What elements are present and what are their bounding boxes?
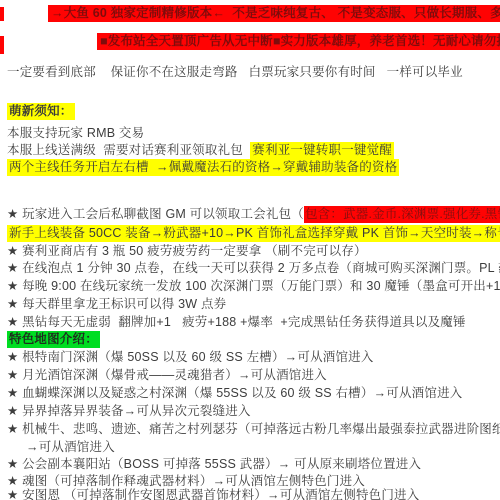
text-segment: 新手上线装备 50CC 装备→粉武器+10→PK 首饰礼盒选择穿戴 PK 首饰→… xyxy=(7,225,500,242)
text-segment: ★ 根特南门深渊（爆 50SS 以及 60 级 SS 左槽）→可从酒馆进入 xyxy=(7,350,374,364)
text-line-max-level-gift: 本服上线送满级 需要对话赛利亚领取礼包 赛利亚一键转职一键觉醒 xyxy=(7,142,394,158)
left-edge-red-fragment xyxy=(0,7,4,21)
text-line-nightly-tickets: ★ 每晚 9:00 在线玩家统一发放 100 次深渊门票（万能门票）和 30 魔… xyxy=(7,278,500,294)
text-segment: ★ 每天群里拿龙王标识可以得 3W 点券 xyxy=(7,297,226,311)
text-segment: 特色地图介绍： xyxy=(7,331,100,348)
text-line-black-diamond: ★ 黑钻每天无虚弱 翻牌加+1 疲劳+188 +爆率 +完成黑钻任务获得道具以及… xyxy=(7,314,466,330)
text-segment: ★ 魂图（可掉落制作释魂武器材料）→可从酒馆左侧特色门进入 xyxy=(7,474,365,488)
text-segment: 萌新须知： xyxy=(7,103,75,120)
text-line-newbie-gear: 新手上线装备 50CC 装备→粉武器+10→PK 首饰礼盒选择穿戴 PK 首饰→… xyxy=(7,225,500,241)
text-line-online-points: ★ 在线泡点 1 分钟 30 点卷，在线一天可以获得 2 万多点卷（商城可购买深… xyxy=(7,260,500,276)
text-segment: ★ 公会副本襄阳站（BOSS 可掉落 55SS 武器）→ 可从原来刷塔位置进入 xyxy=(7,457,421,471)
text-segment: ★ 玩家进入工会后私聊截图 GM 可以领取工会礼包（ xyxy=(7,207,304,221)
text-segment: 一定要看到底部 保证你不在这服走弯路 白票玩家只要你有时间 一样可以毕业 xyxy=(7,65,463,79)
text-line-mainline-slots: 两个主线任务开启左右槽 →佩戴魔法石的资格→穿戴辅助装备的资格 xyxy=(7,159,399,175)
text-line-seria-shop: ★ 赛利亚商店有 3 瓶 50 疲劳疲劳药一定要拿 （刷不完可以存） xyxy=(7,243,367,259)
text-line-map-otherworld: ★ 异界掉落异界装备→可从异次元裂缝进入 xyxy=(7,403,251,419)
text-segment: ★ 赛利亚商店有 3 瓶 50 疲劳疲劳药一定要拿 （刷不完可以存） xyxy=(7,244,367,258)
text-line-map-mech-bull: ★ 机械牛、悲鸣、遗迹、痛苦之村列瑟芬（可掉落远古粉几率爆出最强泰拉武器进阶图纸… xyxy=(7,421,500,437)
text-line-banner-second: ■发布站全天置顶广告从无中断■实力版本雄厚，养老首选！无耐心请勿扰！ xyxy=(97,33,500,49)
text-line-map-xiangyang: ★ 公会副本襄阳站（BOSS 可掉落 55SS 武器）→ 可从原来刷塔位置进入 xyxy=(7,456,421,472)
text-line-special-maps-heading: 特色地图介绍： xyxy=(7,331,100,347)
text-line-promise-line: 一定要看到底部 保证你不在这服走弯路 白票玩家只要你有时间 一样可以毕业 xyxy=(7,64,463,80)
text-segment: →大鱼 60 独家定制精修版本← 不是乏味纯复古、 不是变态服、只做长期服、多变… xyxy=(48,5,500,22)
text-line-newbie-notice-heading: 萌新须知： xyxy=(7,103,75,119)
text-segment: ★ 血蝴蝶深渊以及疑惑之村深渊（爆 55SS 以及 60 级 SS 右槽）→可从… xyxy=(7,386,462,400)
text-segment: 本服支持玩家 RMB 交易 xyxy=(7,126,144,140)
text-segment: 包含：武器.金币.深渊票.强化券.黑钻等只限 xyxy=(304,206,500,223)
text-segment: 赛利亚一键转职一键觉醒 xyxy=(250,142,394,159)
text-segment: ★ 异界掉落异界装备→可从异次元裂缝进入 xyxy=(7,404,251,418)
text-segment: →可从酒馆进入 xyxy=(26,440,115,454)
text-line-map-gent-south: ★ 根特南门深渊（爆 50SS 以及 60 级 SS 左槽）→可从酒馆进入 xyxy=(7,349,374,365)
text-line-map-antuen: ★ 安图恩 （可掉落制作安图恩武器首饰材料）→可从酒馆左侧特色门进入 xyxy=(7,487,419,500)
left-edge-red-fragment xyxy=(0,36,4,54)
text-line-rmb-trade: 本服支持玩家 RMB 交易 xyxy=(7,125,144,141)
text-segment: ■发布站全天置顶广告从无中断■实力版本雄厚，养老首选！无耐心请勿扰！ xyxy=(97,33,500,50)
text-line-map-blood-butterfly: ★ 血蝴蝶深渊以及疑惑之村深渊（爆 55SS 以及 60 级 SS 右槽）→可从… xyxy=(7,385,462,401)
text-segment: ★ 在线泡点 1 分钟 30 点卷，在线一天可以获得 2 万多点卷（商城可购买深… xyxy=(7,261,500,275)
text-segment: ★ 每晚 9:00 在线玩家统一发放 100 次深渊门票（万能门票）和 30 魔… xyxy=(7,279,500,293)
text-line-map-moonlight-tavern: ★ 月光酒馆深渊（爆骨戒——灵魂猎者）→可从酒馆进入 xyxy=(7,367,327,383)
text-segment: 两个主线任务开启左右槽 →佩戴魔法石的资格→穿戴辅助装备的资格 xyxy=(7,159,399,176)
text-line-banner-top: →大鱼 60 独家定制精修版本← 不是乏味纯复古、 不是变态服、只做长期服、多变… xyxy=(48,5,500,21)
text-line-guild-gift: ★ 玩家进入工会后私聊截图 GM 可以领取工会礼包（包含：武器.金币.深渊票.强… xyxy=(7,206,500,222)
text-segment: ★ 月光酒馆深渊（爆骨戒——灵魂猎者）→可从酒馆进入 xyxy=(7,368,327,382)
announcement-document: →大鱼 60 独家定制精修版本← 不是乏味纯复古、 不是变态服、只做长期服、多变… xyxy=(0,0,500,500)
text-segment: ★ 安图恩 （可掉落制作安图恩武器首饰材料）→可从酒馆左侧特色门进入 xyxy=(7,488,419,500)
text-line-map-mech-bull-cont: →可从酒馆进入 xyxy=(26,439,115,455)
text-line-dragon-king-sign: ★ 每天群里拿龙王标识可以得 3W 点券 xyxy=(7,296,226,312)
text-segment: ★ 黑钻每天无虚弱 翻牌加+1 疲劳+188 +爆率 +完成黑钻任务获得道具以及… xyxy=(7,315,466,329)
text-segment: 本服上线送满级 需要对话赛利亚领取礼包 xyxy=(7,143,250,157)
text-segment: ★ 机械牛、悲鸣、遗迹、痛苦之村列瑟芬（可掉落远古粉几率爆出最强泰拉武器进阶图纸… xyxy=(7,422,500,436)
